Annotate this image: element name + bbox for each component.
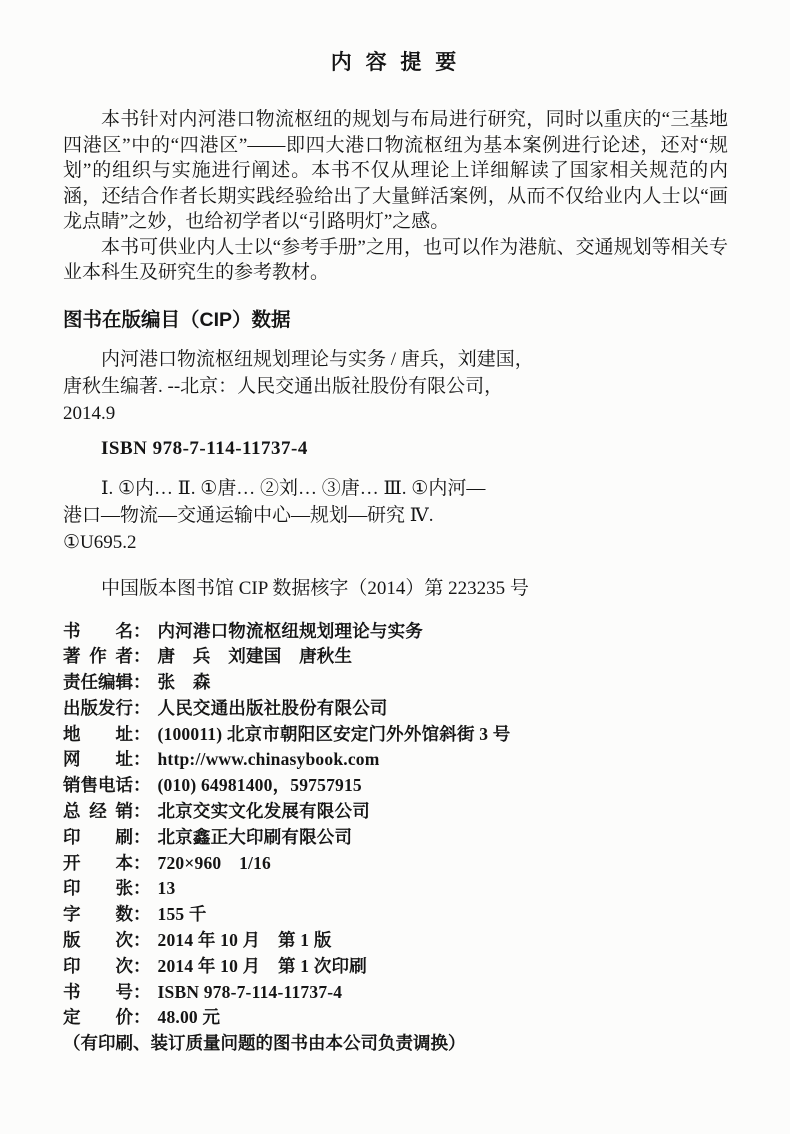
colophon-label: 出版发行 xyxy=(63,696,133,722)
colophon-row: 开本：720×960 1/16 xyxy=(63,851,728,877)
colophon-label: 印张 xyxy=(63,876,133,902)
colophon-colon: ： xyxy=(133,747,151,773)
colophon-value: 唐 兵 刘建国 唐秋生 xyxy=(158,644,353,670)
colophon-colon: ： xyxy=(133,799,151,825)
colophon-row: 书名：内河港口物流枢纽规划理论与实务 xyxy=(63,619,728,645)
cip-record-block: 内河港口物流枢纽规划理论与实务 / 唐兵，刘建国， 唐秋生编著. --北京：人民… xyxy=(63,346,728,427)
colophon-colon: ： xyxy=(133,619,151,645)
cip-registry-line: 中国版本图书馆 CIP 数据核字（2014）第 223235 号 xyxy=(63,575,728,602)
colophon-value: 720×960 1/16 xyxy=(158,851,271,877)
colophon-row: 地址：(100011) 北京市朝阳区安定门外外馆斜街 3 号 xyxy=(63,722,728,748)
colophon-row: 版次：2014 年 10 月 第 1 版 xyxy=(63,928,728,954)
colophon-colon: ： xyxy=(133,644,151,670)
colophon-label: 字数 xyxy=(63,902,133,928)
colophon-value: 北京鑫正大印刷有限公司 xyxy=(158,825,353,851)
colophon-colon: ： xyxy=(133,902,151,928)
colophon-label: 网址 xyxy=(63,747,133,773)
colophon-row: 销售电话：(010) 64981400，59757915 xyxy=(63,773,728,799)
colophon-colon: ： xyxy=(133,773,151,799)
colophon-colon: ： xyxy=(133,954,151,980)
colophon-label: 著作者 xyxy=(63,644,133,670)
colophon-row: 责任编辑：张 森 xyxy=(63,670,728,696)
cip-classification-line: 港口—物流—交通运输中心—规划—研究 Ⅳ. xyxy=(63,502,728,529)
colophon-value: 155 千 xyxy=(158,902,207,928)
colophon-label: 定价 xyxy=(63,1005,133,1031)
cip-section: 图书在版编目（CIP）数据 内河港口物流枢纽规划理论与实务 / 唐兵，刘建国， … xyxy=(63,307,728,602)
colophon-label: 开本 xyxy=(63,851,133,877)
colophon-colon: ： xyxy=(133,980,151,1006)
summary-paragraph: 本书可供业内人士以“参考手册”之用，也可以作为港航、交通规划等相关专业本科生及研… xyxy=(63,235,728,286)
colophon-colon: ： xyxy=(133,851,151,877)
cip-record-line: 2014.9 xyxy=(63,400,728,427)
cip-isbn: ISBN 978-7-114-11737-4 xyxy=(63,435,728,462)
colophon-colon: ： xyxy=(133,670,151,696)
cip-record-line: 唐秋生编著. --北京：人民交通出版社股份有限公司， xyxy=(63,373,728,400)
colophon-value: 北京交实文化发展有限公司 xyxy=(158,799,370,825)
book-copyright-page: 内 容 提 要 本书针对内河港口物流枢纽的规划与布局进行研究，同时以重庆的“三基… xyxy=(0,0,790,1134)
colophon-value-url: http://www.chinasybook.com xyxy=(158,747,380,773)
colophon-row: 网址：http://www.chinasybook.com xyxy=(63,747,728,773)
colophon-label: 印次 xyxy=(63,954,133,980)
colophon-colon: ： xyxy=(133,1005,151,1031)
summary-section: 本书针对内河港口物流枢纽的规划与布局进行研究，同时以重庆的“三基地四港区”中的“… xyxy=(63,107,728,286)
colophon-label: 责任编辑 xyxy=(63,670,133,696)
colophon-label: 销售电话 xyxy=(63,773,133,799)
colophon-row: 书号：ISBN 978-7-114-11737-4 xyxy=(63,980,728,1006)
colophon-colon: ： xyxy=(133,876,151,902)
summary-paragraph: 本书针对内河港口物流枢纽的规划与布局进行研究，同时以重庆的“三基地四港区”中的“… xyxy=(63,107,728,235)
colophon-row: 印张：13 xyxy=(63,876,728,902)
colophon-row: 字数：155 千 xyxy=(63,902,728,928)
colophon-row: 著作者：唐 兵 刘建国 唐秋生 xyxy=(63,644,728,670)
colophon-value: 2014 年 10 月 第 1 次印刷 xyxy=(158,954,367,980)
cip-classification-line: Ⅰ. ①内… Ⅱ. ①唐… ②刘… ③唐… Ⅲ. ①内河— xyxy=(63,475,728,502)
colophon-row: 印刷：北京鑫正大印刷有限公司 xyxy=(63,825,728,851)
cip-record-line: 内河港口物流枢纽规划理论与实务 / 唐兵，刘建国， xyxy=(63,346,728,373)
cip-classification-block: Ⅰ. ①内… Ⅱ. ①唐… ②刘… ③唐… Ⅲ. ①内河— 港口—物流—交通运输… xyxy=(63,475,728,556)
colophon-section: 书名：内河港口物流枢纽规划理论与实务 著作者：唐 兵 刘建国 唐秋生 责任编辑：… xyxy=(63,619,728,1058)
colophon-label: 书号 xyxy=(63,980,133,1006)
colophon-label: 印刷 xyxy=(63,825,133,851)
colophon-value: 13 xyxy=(158,876,176,902)
cip-heading: 图书在版编目（CIP）数据 xyxy=(63,307,728,333)
colophon-label: 书名 xyxy=(63,619,133,645)
colophon-label: 版次 xyxy=(63,928,133,954)
page-title: 内 容 提 要 xyxy=(63,50,728,76)
colophon-row: 印次：2014 年 10 月 第 1 次印刷 xyxy=(63,954,728,980)
colophon-row: 出版发行：人民交通出版社股份有限公司 xyxy=(63,696,728,722)
colophon-value: 张 森 xyxy=(158,670,211,696)
colophon-row: 定价：48.00 元 xyxy=(63,1005,728,1031)
colophon-colon: ： xyxy=(133,722,151,748)
colophon-label: 总经销 xyxy=(63,799,133,825)
colophon-value: 48.00 元 xyxy=(158,1005,221,1031)
colophon-row: 总经销：北京交实文化发展有限公司 xyxy=(63,799,728,825)
colophon-value: 内河港口物流枢纽规划理论与实务 xyxy=(158,619,424,645)
colophon-colon: ： xyxy=(133,825,151,851)
colophon-value: 2014 年 10 月 第 1 版 xyxy=(158,928,332,954)
colophon-value: (100011) 北京市朝阳区安定门外外馆斜街 3 号 xyxy=(158,722,511,748)
colophon-colon: ： xyxy=(133,696,151,722)
colophon-value: (010) 64981400，59757915 xyxy=(158,773,362,799)
colophon-value: ISBN 978-7-114-11737-4 xyxy=(158,980,343,1006)
colophon-colon: ： xyxy=(133,928,151,954)
cip-classification-line: ①U695.2 xyxy=(63,529,728,556)
quality-note: （有印刷、装订质量问题的图书由本公司负责调换） xyxy=(63,1031,728,1057)
colophon-label: 地址 xyxy=(63,722,133,748)
colophon-value: 人民交通出版社股份有限公司 xyxy=(158,696,388,722)
